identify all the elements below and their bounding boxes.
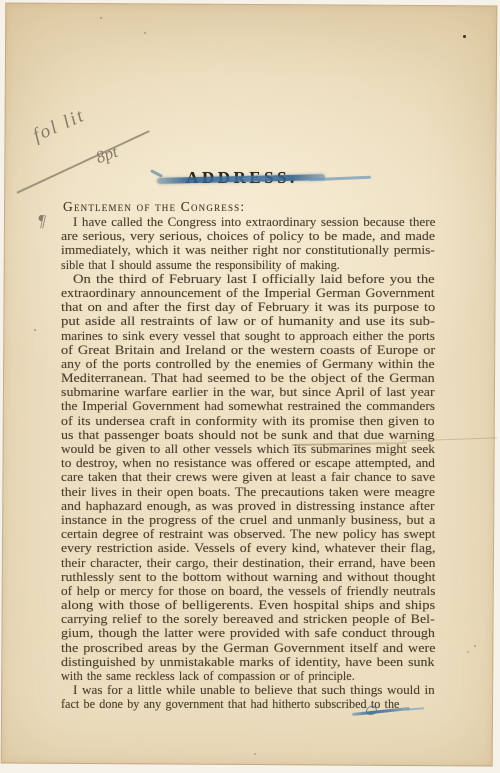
text-line: marines to sink every vessel that sought… (61, 329, 435, 343)
text-line: of its undersea craft in conformity with… (61, 414, 435, 428)
body-text: I have called the Congress into extraord… (61, 215, 435, 712)
text-line: to destroy, when no resistance was offer… (61, 456, 435, 470)
paper-speck (254, 753, 256, 755)
text-line: submarine warfare earlier in the war, bu… (61, 385, 435, 399)
text-line: every restriction aside. Vessels of ever… (61, 541, 435, 555)
text-line: are serious, very serious, choices of po… (61, 229, 435, 243)
text-line: care taken that their crews were given a… (61, 470, 435, 484)
text-line: would be given to all other vessels whic… (61, 442, 435, 456)
text-line: the Imperial Government had somewhat res… (61, 399, 435, 413)
scanned-document-page: fol lit 8pt ADDRESS. Gentlemen of the Co… (0, 0, 500, 773)
text-line: immediately, which it was neither right … (61, 243, 435, 257)
text-line: instance in the progress of the cruel an… (61, 513, 435, 527)
text-line: Mediterranean. That had seemed to be the… (61, 371, 435, 385)
blue-pencil-crossed-out-mark (350, 703, 426, 719)
note-fol-lit: fol lit (30, 105, 89, 147)
text-line: distinguished by unmistakable marks of i… (61, 655, 435, 669)
blue-mark-stroke (352, 707, 410, 716)
paper-speck (34, 329, 36, 331)
paper-speck (474, 645, 476, 647)
text-line: any of the ports controlled by the enemi… (61, 357, 435, 371)
paper-sheet: fol lit 8pt ADDRESS. Gentlemen of the Co… (1, 3, 498, 767)
text-line: of help or mercy for those on board, the… (61, 584, 435, 598)
text-line: certain degree of restraint was observed… (61, 527, 435, 541)
text-line: I was for a little while unable to belie… (61, 683, 435, 697)
blue-mark-tail (406, 707, 424, 710)
pencil-paragraph-mark: ¶ (35, 210, 48, 231)
text-line: with the same reckless lack of compassio… (61, 669, 435, 683)
paper-speck (463, 35, 466, 38)
paper-speck (100, 17, 102, 19)
text-line: sible that I should assume the responsib… (61, 258, 435, 272)
text-line: of Great Britain and Ireland or the west… (61, 343, 435, 357)
paper-speck (144, 32, 146, 34)
text-line: ruthlessly sent to the bottom without wa… (61, 570, 435, 584)
text-line: us that passenger boats should not be su… (61, 428, 435, 442)
text-line: gium, though the latter were provided wi… (61, 626, 435, 640)
text-line: put aside all restraints of law or of hu… (61, 314, 435, 328)
text-line: the proscribed areas by the German Gover… (61, 641, 435, 655)
text-line: I have called the Congress into extraord… (61, 215, 435, 229)
paper-speck (467, 651, 469, 653)
text-line: On the third of February last I official… (61, 272, 435, 286)
text-line: and haphazard enough, as was proved in d… (61, 499, 435, 513)
page-content: fol lit 8pt ADDRESS. Gentlemen of the Co… (4, 5, 494, 764)
text-line: carrying relief to the sorely bereaved a… (61, 612, 435, 626)
text-line: extraordinary announcement of the Imperi… (61, 286, 435, 300)
text-line: their lives in their open boats. The pre… (61, 485, 435, 499)
text-line: their character, their cargo, their dest… (61, 556, 435, 570)
text-line: that on and after the first day of Febru… (61, 300, 435, 314)
salutation: Gentlemen of the Congress: (63, 199, 245, 215)
text-line: along with those of belligerents. Even h… (61, 598, 435, 612)
